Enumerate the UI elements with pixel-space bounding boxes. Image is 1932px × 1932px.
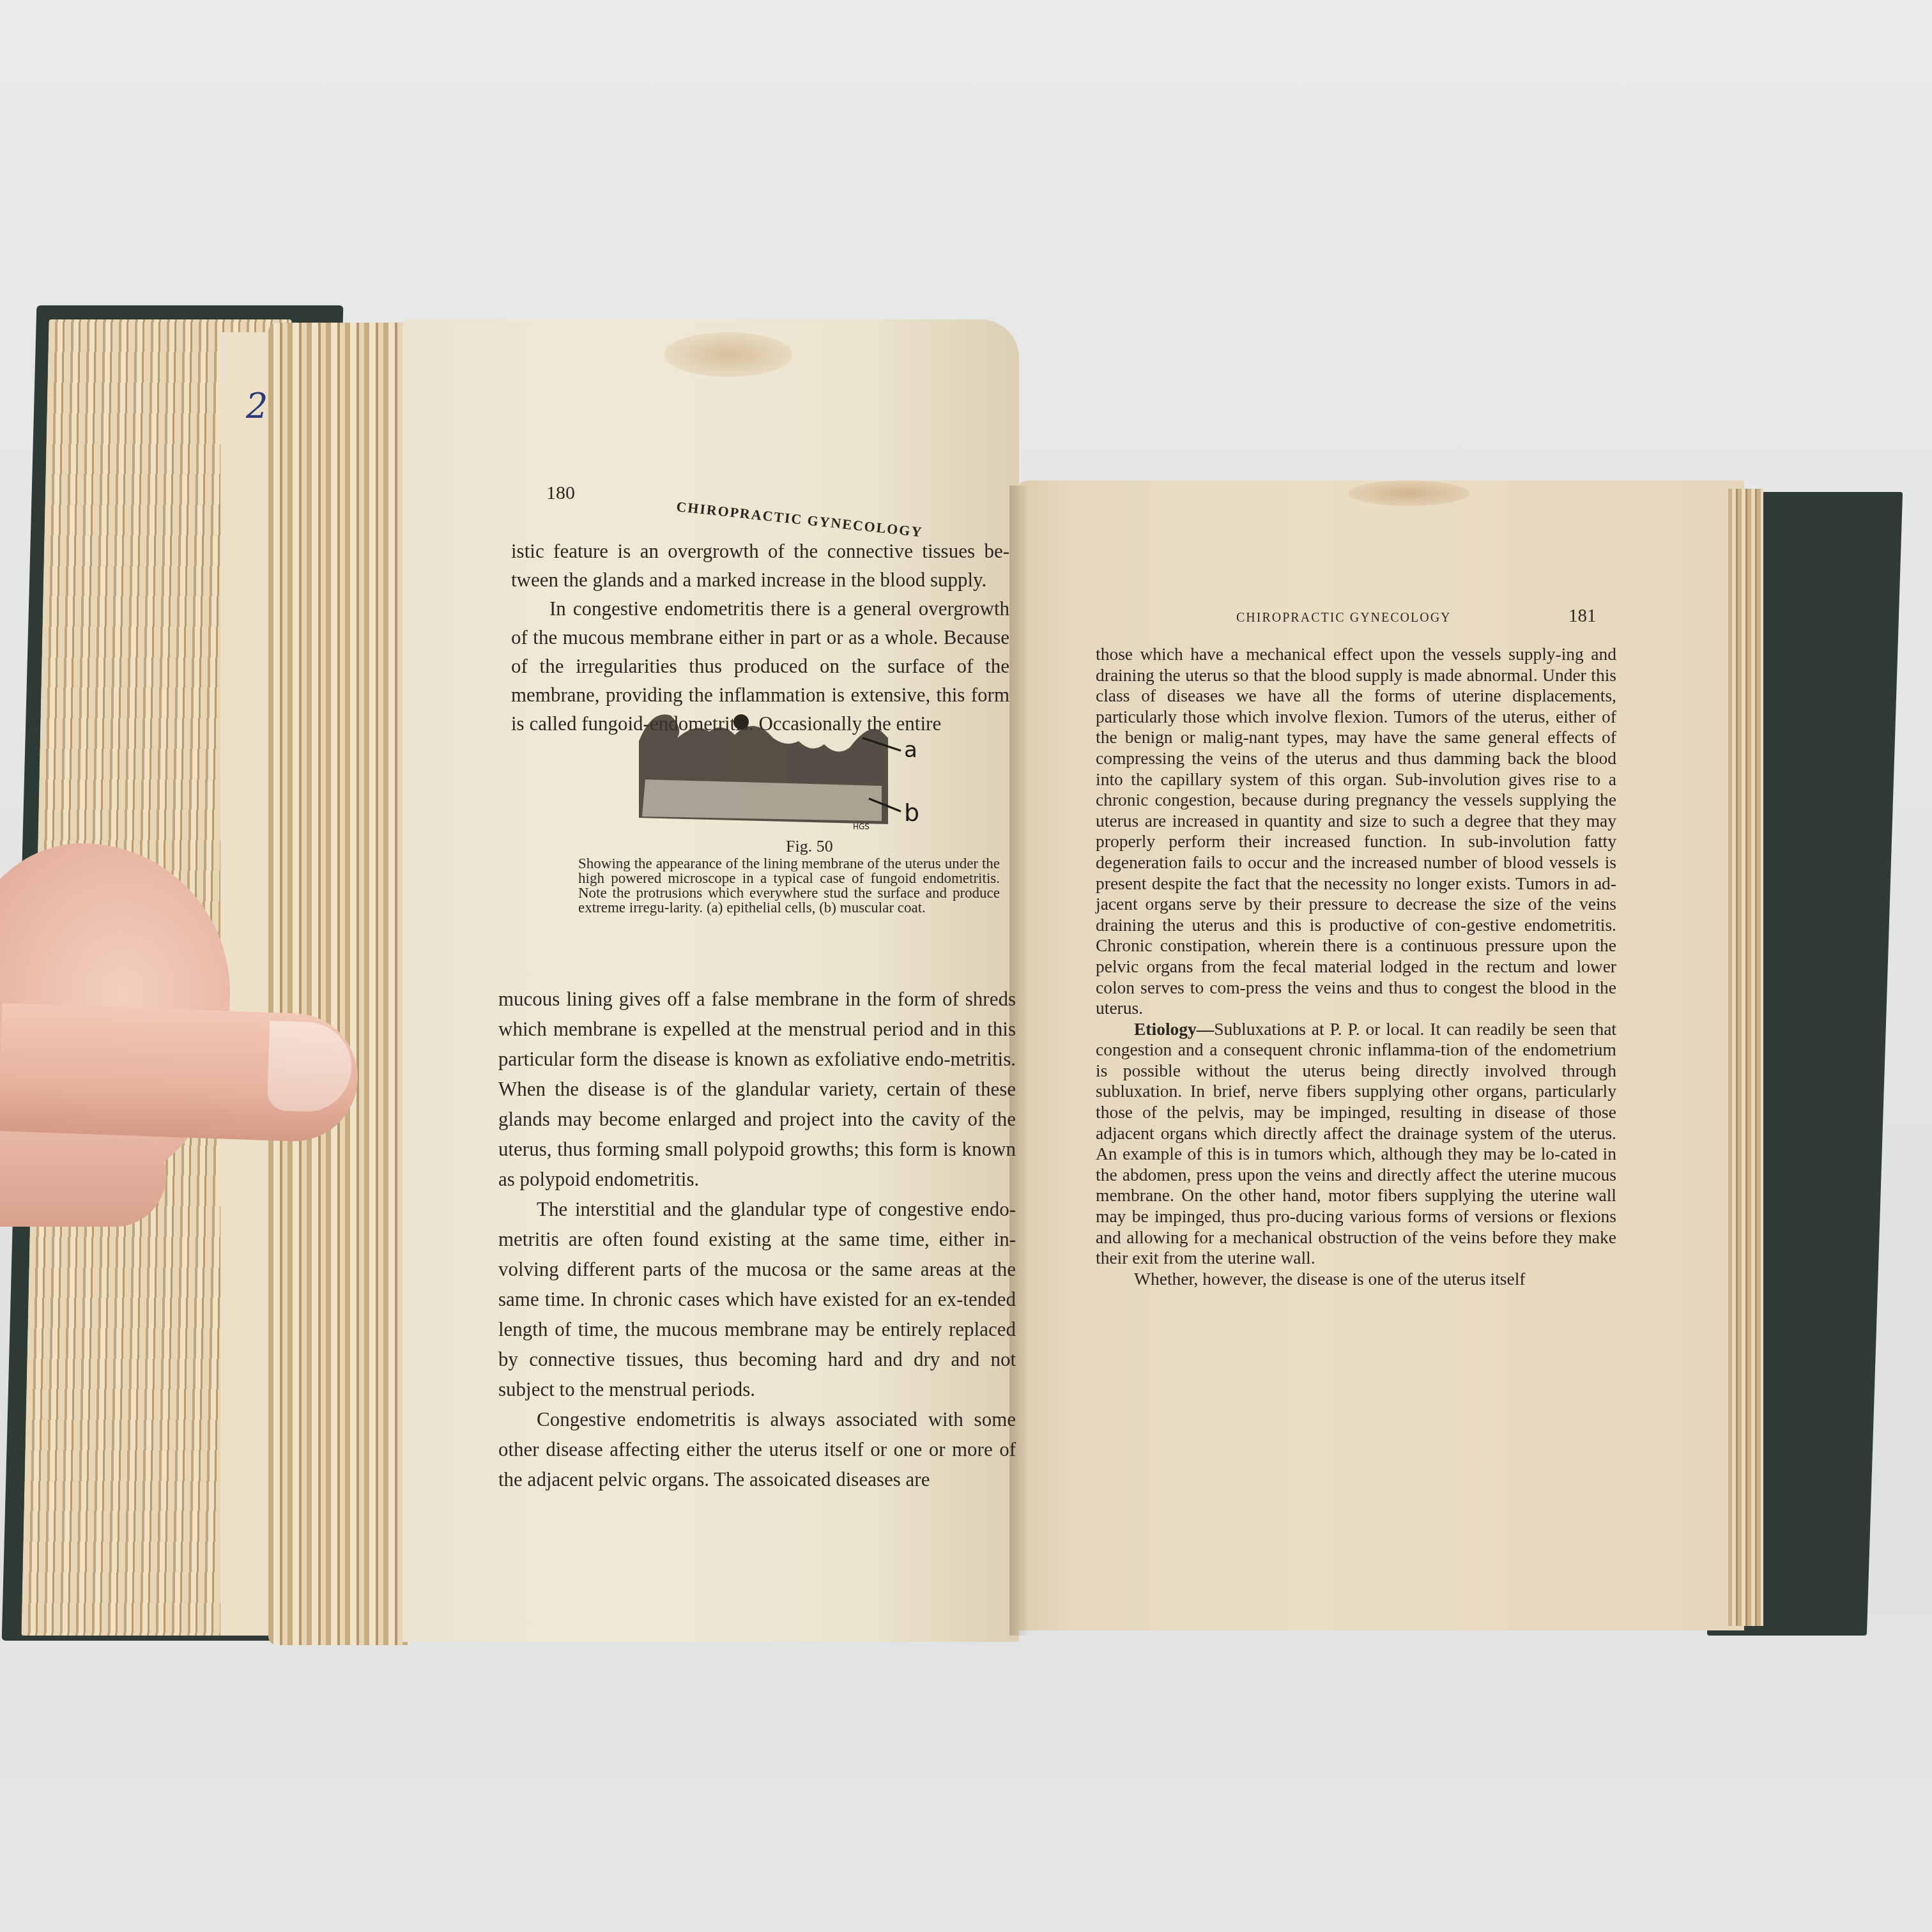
page-number-right: 181	[1568, 606, 1597, 627]
paragraph-etiology: Etiology—Subluxations at P. P. or local.…	[1096, 1019, 1616, 1269]
page-fan-left[interactable]	[268, 323, 409, 1645]
paragraph: Whether, however, the disease is one of …	[1096, 1269, 1616, 1290]
running-head-right: CHIROPRACTIC GYNECOLOGY	[1236, 611, 1452, 625]
paragraph: Congestive endometritis is always associ…	[498, 1404, 1016, 1494]
left-body-bottom: mucous lining gives off a false membrane…	[498, 984, 1016, 1494]
water-stain	[664, 332, 792, 377]
svg-text:b: b	[904, 799, 919, 827]
paragraph: istic feature is an overgrowth of the co…	[511, 537, 1009, 594]
page-edges-right	[1728, 489, 1763, 1626]
figure-caption: Showing the appearance of the lining mem…	[578, 856, 1000, 915]
svg-text:a: a	[904, 737, 917, 763]
svg-text:HGS: HGS	[853, 822, 870, 831]
paragraph: The interstitial and the glandular type …	[498, 1194, 1016, 1404]
handwritten-mark: 2	[246, 391, 268, 422]
paragraph: those which have a mechanical effect upo…	[1096, 644, 1616, 1019]
right-body: those which have a mechanical effect upo…	[1096, 644, 1616, 1289]
paragraph: mucous lining gives off a false membrane…	[498, 984, 1016, 1194]
microscope-illustration: a b HGS	[632, 703, 926, 831]
finger	[0, 1124, 166, 1227]
figure-label: Fig. 50	[786, 837, 833, 856]
water-stain	[1348, 480, 1469, 506]
section-lead: Etiology—	[1134, 1019, 1214, 1039]
page-number-left: 180	[546, 482, 575, 504]
